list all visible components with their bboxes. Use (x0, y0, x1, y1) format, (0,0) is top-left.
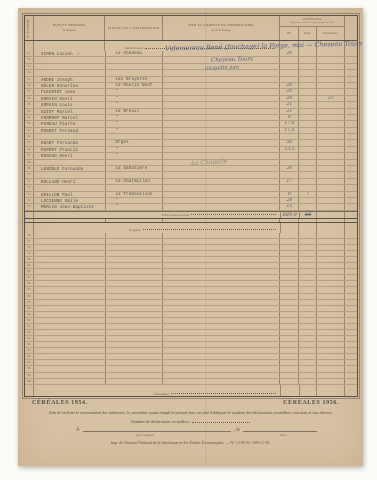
row-number: 97 (25, 360, 33, 365)
report-row: Report du recto (25, 41, 357, 51)
margin-cell (345, 300, 357, 305)
owner-cell (163, 269, 280, 274)
row-number-cell: 72 (25, 185, 34, 190)
row-number-cell: 75 (25, 204, 34, 209)
observation-cell (317, 109, 345, 114)
exploitation-place: ″ (106, 121, 163, 126)
ble-cell (280, 77, 299, 82)
exploitation-cell: ″ (106, 102, 164, 107)
row-number-cell: 76 (25, 233, 34, 238)
observations-label: Observations (323, 32, 337, 36)
owner-cell (163, 245, 280, 250)
signature-line: À , le (76, 428, 320, 433)
seigle-cell (299, 166, 317, 171)
seigle-cell (299, 342, 317, 347)
owner-cell (163, 373, 280, 378)
owner-cell (163, 134, 280, 139)
row-number-cell: 53 (25, 64, 34, 69)
sig-date-blank (243, 430, 317, 432)
row-number-cell: 51 (25, 51, 34, 56)
report-margin-cell (345, 41, 357, 51)
declarant-cell (34, 366, 106, 371)
margin-cell (345, 172, 357, 177)
row-number-cell: 85 (25, 287, 34, 292)
margin-cell (345, 153, 357, 158)
seigle-cell (299, 70, 317, 75)
exploitation-place: ″ (106, 128, 163, 133)
table-header-row: N° D'ORDRE NOM ET PRÉNOMS du déclarant L… (25, 16, 357, 41)
seigle-cell (299, 51, 317, 56)
observation-cell (317, 318, 345, 323)
ble-cell (280, 64, 299, 69)
declarant-cell (34, 354, 106, 359)
ble-cell: 17,5 (280, 128, 299, 133)
row-number-cell: 57 (25, 89, 34, 94)
observation-cell (317, 330, 345, 335)
row-number: 68 (25, 160, 33, 165)
exploitation-place: Orges (106, 140, 163, 145)
margin-cell (345, 160, 357, 165)
observation-cell (317, 160, 345, 165)
row-number: 94 (25, 342, 33, 347)
owner-cell (163, 51, 280, 56)
total-seigle-value: 10 (300, 212, 317, 218)
grandtotal-margin-cell (345, 385, 357, 397)
row-number-cell: 68 (25, 160, 34, 165)
exploitation-cell: ″ (106, 198, 164, 203)
ble-cell (280, 373, 299, 378)
row-number-cell: 91 (25, 324, 34, 329)
declarant-name (34, 57, 105, 62)
exploitation-cell (106, 324, 164, 329)
footer-title-left: CÉRÉALES 1954. (32, 400, 88, 406)
margin-cell (345, 366, 357, 371)
seigle-cell (299, 64, 317, 69)
observation-cell (317, 185, 345, 190)
row-number: 95 (25, 348, 33, 353)
sig-place-caption: (nom et qualité) (136, 434, 154, 437)
exploitation-cell: Le Breuil (106, 109, 164, 114)
row-number: 66 (25, 147, 33, 152)
declarant-sublabel: du déclarant (63, 29, 76, 33)
seigle-cell (299, 147, 317, 152)
ble-cell: 20 (280, 89, 299, 94)
row-number-cell: 94 (25, 342, 34, 347)
ble-cell (280, 318, 299, 323)
declarant-name-text: FROMONT Marcel (41, 117, 78, 120)
row-number-cell: 88 (25, 306, 34, 311)
observation-cell (317, 134, 345, 139)
declarant-cell (34, 269, 106, 274)
ble-value: 17,8 (280, 121, 298, 126)
seigle-cell (299, 77, 317, 82)
owner-cell (163, 336, 280, 341)
ble-cell: 15 (280, 204, 299, 209)
row-number-cell: 89 (25, 312, 34, 317)
ble-value: 21 (280, 102, 298, 107)
grandtotal-label-cell: Total général (34, 385, 281, 397)
ble-cell (280, 342, 299, 347)
declarant-name-text: PERRET Fernand (41, 130, 78, 133)
ble-cell (280, 70, 299, 75)
row-number: 100 (25, 379, 33, 384)
row-number-cell: 63 (25, 128, 34, 133)
declarant-name-text: LUCIENNE Emile (41, 200, 78, 203)
margin-cell (345, 233, 357, 238)
row-number-cell: 74 (25, 198, 34, 203)
observation-cell (317, 166, 345, 171)
observation-cell (317, 379, 345, 384)
observation-cell (317, 239, 345, 244)
row-number: 78 (25, 245, 33, 250)
row-number: 56 (25, 83, 33, 88)
ble-cell (280, 172, 299, 177)
row-number: 96 (25, 354, 33, 359)
cereales-subcolumns: Blé Seigle Observations (280, 27, 344, 40)
owner-cell (163, 324, 280, 329)
ble-cell: 21 (280, 102, 299, 107)
seigle-cell (299, 379, 317, 384)
owner-cell (163, 251, 280, 256)
margin-cell (345, 348, 357, 353)
margin-cell (345, 342, 357, 347)
margin-cell (345, 336, 357, 341)
seigle-cell (299, 336, 317, 341)
declarant-label: NOM ET PRÉNOMS (53, 23, 86, 27)
footer-instruction: Afin de faciliter le recensement des int… (26, 411, 355, 416)
seigle-value: 7 (299, 192, 316, 197)
declarant-cell (34, 70, 106, 75)
seigle-cell (299, 245, 317, 250)
order-number-label: N° D'ORDRE (27, 19, 30, 38)
ble-value: 28 (280, 198, 298, 203)
margin-cell (345, 354, 357, 359)
header-cereales-group: CÉRÉALES (Superficies en blé et en seigl… (280, 16, 345, 40)
owner-cell (163, 294, 280, 299)
ble-value: 20 (280, 96, 298, 101)
ble-cell: 20 (280, 51, 299, 56)
seigle-cell (299, 300, 317, 305)
owner-cell (163, 83, 280, 88)
exploitation-place: Le Chadeau (106, 51, 163, 56)
ble-value: 21 (280, 109, 298, 114)
owner-cell (163, 70, 280, 75)
owner-cell (163, 306, 280, 311)
declaration-rows: 51 SIMON Lucien✓ Le Chadeau 20 (25, 51, 357, 211)
divider-cell (317, 219, 345, 222)
row-number-cell: 90 (25, 318, 34, 323)
exploitation-place: ″ (106, 102, 163, 107)
owner-cell (163, 233, 280, 238)
observation-cell (317, 324, 345, 329)
ble-value: 20 (280, 89, 298, 94)
ble-cell (280, 239, 299, 244)
areporter-obs-cell (317, 223, 345, 233)
declarant-cell (34, 360, 106, 365)
owner-cell (163, 263, 280, 268)
row-number: 83 (25, 275, 33, 280)
ble-value: 20 (280, 166, 298, 171)
seigle-cell (299, 251, 317, 256)
row-number-cell: 59 (25, 102, 34, 107)
report-seigle-cell (299, 41, 317, 51)
ble-cell (280, 275, 299, 280)
declarant-cell: RENAUD Henri (34, 153, 106, 158)
ble-cell (280, 263, 299, 268)
row-number: 59 (25, 102, 33, 107)
row-number-cell: 64 (25, 134, 34, 139)
owner-cell (163, 281, 280, 286)
observation-cell (317, 121, 345, 126)
margin-cell (345, 294, 357, 299)
ble-cell: 20 (280, 83, 299, 88)
exploitation-place: ″ (106, 147, 163, 152)
row-number: 75 (25, 204, 33, 209)
declarant-cell (34, 348, 106, 353)
scanned-form-page: N° D'ORDRE NOM ET PRÉNOMS du déclarant L… (18, 8, 363, 466)
declarant-name-text: HUART Fernande (41, 142, 78, 145)
declarant-name: SOLER Honorine (34, 83, 105, 88)
ble-cell (280, 153, 299, 158)
exploitation-cell (106, 275, 164, 280)
observation-cell (317, 251, 345, 256)
declarant-name-text: ROLLAND Henri (41, 181, 76, 184)
owner-cell (163, 287, 280, 292)
exploitation-cell: ″ (106, 147, 164, 152)
declarant-cell (34, 251, 106, 256)
margin-cell (345, 312, 357, 317)
ble-value: 17,5 (280, 128, 298, 133)
row-number: 92 (25, 330, 33, 335)
report-ble-cell (280, 41, 299, 51)
declaration-count-blank (192, 419, 250, 423)
margin-cell (345, 140, 357, 145)
seigle-cell (299, 294, 317, 299)
observation-cell (317, 300, 345, 305)
owner-cell (163, 330, 280, 335)
seigle-cell (299, 198, 317, 203)
owner-cell (163, 192, 280, 197)
seigle-cell (299, 185, 317, 190)
seigle-cell (299, 318, 317, 323)
declarant-cell (34, 64, 106, 69)
total-page-label: Total à reporter au verso (162, 214, 189, 217)
margin-cell (345, 102, 357, 107)
seigle-cell (299, 83, 317, 88)
exploitation-cell (106, 287, 164, 292)
row-number-cell: 87 (25, 300, 34, 305)
margin-cell (345, 115, 357, 120)
declarant-name: GORAIN Louis (34, 102, 105, 107)
observation-cell (317, 336, 345, 341)
ble-value: 9 (280, 192, 298, 197)
margin-cell (345, 70, 357, 75)
a-reporter-label: À reporter (129, 229, 141, 232)
seigle-cell: 7 (299, 192, 317, 197)
row-number-cell: 81 (25, 263, 34, 268)
grandtotal-obs-cell (317, 385, 345, 397)
observation-cell (317, 140, 345, 145)
areporter-order-cell (25, 223, 34, 233)
row-number-cell: 65 (25, 140, 34, 145)
row-number-cell: 97 (25, 360, 34, 365)
ble-cell (280, 379, 299, 384)
row-number-cell: 67 (25, 153, 34, 158)
ble-cell (280, 348, 299, 353)
seigle-cell (299, 263, 317, 268)
seigle-cell (299, 115, 317, 120)
row-number: 71 (25, 179, 33, 184)
footer-title-right: CÉRÉALES 1956. (283, 400, 339, 406)
exploitation-cell (106, 160, 164, 165)
ble-cell: 21 (280, 109, 299, 114)
declarant-cell (34, 287, 106, 292)
exploitation-place: ″ (106, 96, 163, 101)
exploitation-cell: ″ (106, 96, 164, 101)
exploitation-cell: La Sabotière (106, 166, 164, 171)
owner-cell (163, 140, 280, 145)
declarant-cell (34, 134, 106, 139)
declarant-cell (34, 294, 106, 299)
grandtotal-ble-cell (281, 385, 300, 397)
owner-cell (163, 89, 280, 94)
total-seigle-cell: 10 (300, 212, 318, 218)
margin-cell (345, 121, 357, 126)
observation-cell (317, 294, 345, 299)
row-number-cell: 71 (25, 179, 34, 184)
seigle-cell (299, 121, 317, 126)
margin-cell (345, 360, 357, 365)
exploitation-place: ″ (106, 115, 163, 120)
row-number-cell: 66 (25, 147, 34, 152)
seigle-cell (299, 96, 317, 101)
exploitation-cell (106, 294, 164, 299)
margin-cell (345, 166, 357, 171)
observation-cell (317, 70, 345, 75)
row-number: 55 (25, 77, 33, 82)
divider-cell (299, 219, 317, 222)
exploitation-cell (106, 342, 164, 347)
declarant-cell: PINEAU Pierre (34, 121, 106, 126)
report-obs-cell (317, 41, 345, 51)
margin-cell (345, 147, 357, 152)
ble-cell: 9 (280, 192, 299, 197)
report-recto-label: Report du recto (125, 47, 142, 50)
ble-cell (280, 287, 299, 292)
exploitation-cell (106, 134, 164, 139)
total-order-cell (25, 212, 34, 218)
dotted-rule (143, 228, 276, 230)
declarant-cell: GUIOT Marcel (34, 109, 106, 114)
owner-cell (163, 102, 280, 107)
exploitation-cell: Le Charmillon (106, 179, 164, 184)
grandtotal-order-cell (25, 385, 34, 397)
row-number: 90 (25, 318, 33, 323)
owner-cell (163, 160, 280, 165)
declarant-name: PINEAU Pierre (34, 121, 105, 126)
divider-cell (25, 219, 34, 222)
divider-cell (280, 219, 299, 222)
ble-cell: 28 (280, 198, 299, 203)
seigle-cell (299, 239, 317, 244)
declarant-cell: FLEURIOT Jean (34, 89, 106, 94)
declarant-name (34, 160, 105, 165)
observation-cell: 23 (317, 96, 345, 101)
margin-cell (345, 77, 357, 82)
seigle-cell (299, 330, 317, 335)
declarant-cell (34, 185, 106, 190)
dotted-rule (171, 392, 276, 394)
row-number: 54 (25, 70, 33, 75)
declarant-name: GRILLON Paul (34, 192, 105, 197)
a-reporter-row: À reporter (25, 223, 357, 233)
owner-cell (163, 147, 280, 152)
declarant-name: PERRET Fernand (34, 128, 105, 133)
row-number-cell: 69 (25, 166, 34, 171)
owner-cell (163, 366, 280, 371)
header-owner: NOM ET ADRESSE DU PROPRIÉTAIRE en cas de… (163, 16, 280, 40)
declarant-name: RENAUD Henri (34, 153, 105, 158)
grand-total-row: Total général (25, 385, 357, 397)
seigle-cell (299, 348, 317, 353)
declarant-name: FLEURIOT Jean (34, 89, 105, 94)
ble-cell (280, 233, 299, 238)
header-seigle: Seigle (299, 27, 317, 40)
printer-imprint: Imp. de l'Institut National de la Statis… (18, 440, 363, 445)
margin-cell (345, 239, 357, 244)
observation-cell (317, 51, 345, 56)
ble-cell (280, 312, 299, 317)
observation-cell (317, 102, 345, 107)
seigle-cell (299, 306, 317, 311)
owner-cell (163, 342, 280, 347)
row-number: 86 (25, 294, 33, 299)
margin-cell (345, 109, 357, 114)
declarant-name (34, 185, 105, 190)
owner-cell (163, 312, 280, 317)
row-number-cell: 95 (25, 348, 34, 353)
total-obs-cell (317, 212, 345, 218)
exploitation-cell (106, 379, 164, 384)
exploitation-place: Le Charmillon (106, 179, 163, 184)
declarant-cell: ROLLAND Henri (34, 179, 106, 184)
exploitation-cell (106, 348, 164, 353)
row-number: 85 (25, 287, 33, 292)
seigle-cell (299, 354, 317, 359)
exploitation-cell: Orges (106, 140, 164, 145)
row-number: 69 (25, 166, 33, 171)
row-number-cell: 80 (25, 257, 34, 262)
owner-cell (163, 109, 280, 114)
row-number: 74 (25, 198, 33, 203)
seigle-cell (299, 89, 317, 94)
ble-value: 17 (280, 179, 298, 184)
declarant-cell: ANDRE Joseph (34, 77, 106, 82)
exploitation-place: Le Moulin Neuf (106, 83, 163, 88)
row-number: 67 (25, 153, 33, 158)
seigle-cell (299, 134, 317, 139)
observation-cell (317, 147, 345, 152)
red-check-mark: ✓ (77, 51, 81, 56)
total-label-cell: Total à reporter au verso (34, 212, 281, 218)
row-number-cell: 73 (25, 192, 34, 197)
seigle-label: Seigle (304, 32, 311, 36)
seigle-cell (299, 312, 317, 317)
margin-cell (345, 373, 357, 378)
exploitation-place: La Sabotière (106, 166, 163, 171)
exploitation-label: LIEU(X) DE L'EXPLOITATION (108, 26, 159, 30)
margin-cell (345, 324, 357, 329)
